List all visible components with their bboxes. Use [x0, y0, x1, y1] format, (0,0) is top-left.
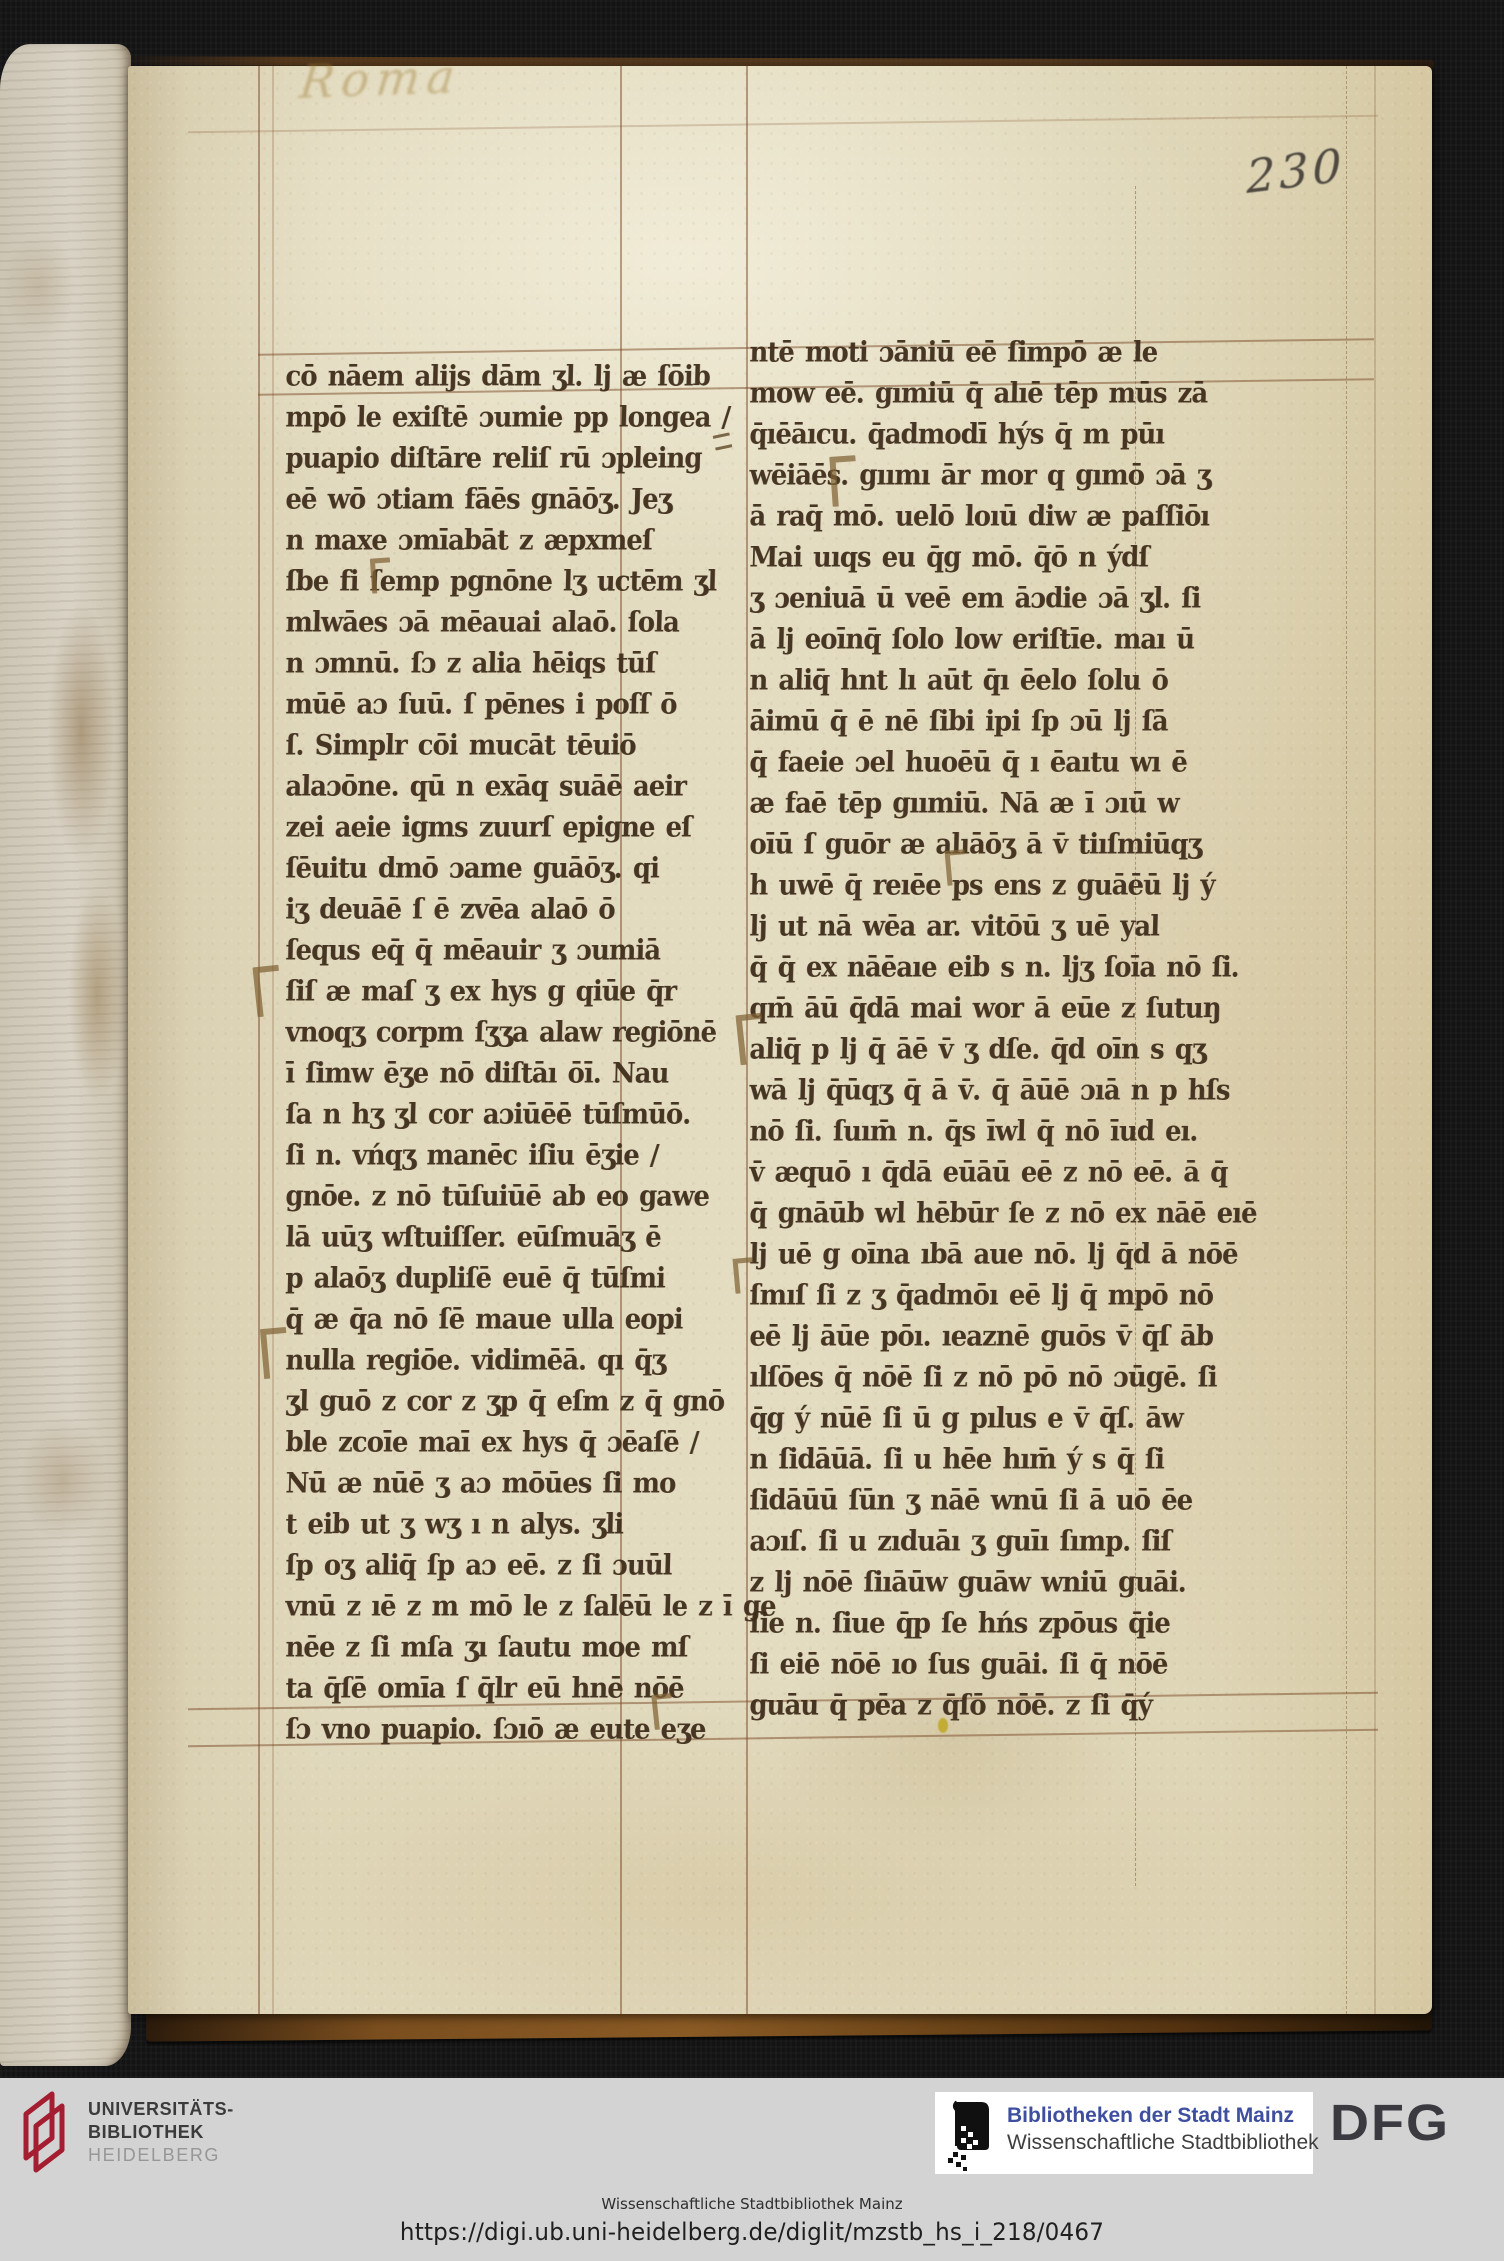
manuscript-text-line: n maxe ɔmīabāt z æpxmeſ	[285, 520, 746, 563]
paragraph-mark	[370, 557, 392, 593]
heidelberg-wordmark-line2: BIBLIOTHEK	[88, 2121, 234, 2144]
caption-text: Wissenschaftliche Stadtbibliothek Mainz	[0, 2195, 1504, 2213]
photograph-area: Roma 230 cō nāem alijs dām ʒl. lj æ ſōib…	[0, 0, 1504, 2078]
manuscript-text-line: q̄ gnāūb wl hēbūr ſe z nō ex nāē eıē	[749, 1193, 1210, 1236]
manuscript-text-line: oīū ſ guōr æ alıāōʒ ā v̄ tiıſmiūqʒ	[749, 824, 1210, 867]
manuscript-text-line: æ faē tēp gıımiū. Nā æ ī ɔıū w	[749, 783, 1210, 826]
manuscript-text-line: q̄ q̄ ex nāēaıe eib s n. ljʒ ſoīa nō ſi.	[749, 947, 1210, 990]
manuscript-text-line: ſa n hʒ ʒl cor aɔiūēē tūſmūō.	[285, 1094, 746, 1137]
manuscript-text-line: ſ. Simplr cōi mucāt tēuiō	[285, 725, 746, 768]
manuscript-text-line: n ɔmnū. ſɔ z alia hēiqs tūſ	[285, 643, 746, 686]
manuscript-text-line: vnū z ıē z m mō le z ſalēū le z ī ge	[285, 1586, 746, 1629]
mainz-wordmark-line2: Wissenschaftliche Stadtbibliothek	[1007, 2129, 1319, 2156]
book-fore-edge	[0, 44, 131, 2066]
ruling-line	[272, 66, 274, 2014]
manuscript-text-line: mow eē. gımiū q̄ alıē tēp mūs zā	[749, 373, 1210, 416]
ruling-line	[258, 66, 260, 2014]
manuscript-text-line: ī ſimw ēʒe nō diſtāı ōī. Nau	[285, 1053, 746, 1096]
manuscript-text-line: aliq̄ p lj q̄ āē v̄ ʒ dſe. q̄d oīn s qʒ	[749, 1029, 1210, 1072]
manuscript-text-line: nō ſi. ſuım̄ n. q̄s īwl q̄ nō īud eı.	[749, 1111, 1210, 1154]
manuscript-text-line: qm̄ āū q̄dā mai wor ā eūe z ſutuŋ	[749, 988, 1210, 1031]
manuscript-text-line: eē wō ɔtiam fāēs gnāōʒ. Jeʒ	[285, 479, 746, 522]
manuscript-text-line: q̄ faeie ɔel huoēū q̄ ı ēaıtu wı ē	[749, 742, 1210, 785]
manuscript-text-line: h uwē q̄ reıēe ps ens z guāēū lj ý	[749, 865, 1210, 908]
manuscript-text-line: Mai uıqs eu q̄g mō. q̄ō n ýdſ	[749, 537, 1210, 580]
manuscript-text-line: cō nāem alijs dām ʒl. lj æ ſōib	[285, 356, 746, 399]
mainz-wordmark: Bibliotheken der Stadt Mainz Wissenschaf…	[1007, 2102, 1319, 2156]
manuscript-text-line: ʒl guō z cor z ʒp q̄ eſm z q̄ gnō	[285, 1381, 746, 1424]
manuscript-text-line: Nū æ nūē ʒ aɔ mōūes ſi mo	[285, 1463, 746, 1506]
ruling-line	[188, 115, 1378, 133]
manuscript-text-line: ta q̄ſē omīa ſ q̄lr eū hnē nōē	[285, 1668, 746, 1711]
mainz-library-logo: Bibliotheken der Stadt Mainz Wissenschaf…	[935, 2092, 1313, 2174]
digitized-scan: Roma 230 cō nāem alijs dām ʒl. lj æ ſōib…	[0, 0, 1504, 2261]
manuscript-text-line: ılſōes q̄ nōē ſi z nō pō nō ɔūgē. ſi	[749, 1357, 1210, 1400]
manuscript-text-line: ſequs eq̄ q̄ mēauir ʒ ɔumiā	[285, 930, 746, 973]
manuscript-text-line: z lj nōē ſiıāūw guāw wniū guāi.	[749, 1562, 1210, 1605]
source-url-link[interactable]: https://digi.ub.uni-heidelberg.de/diglit…	[30, 2218, 1474, 2246]
manuscript-text-line: guāu q̄ pēa z q̄ſō nōē. z ſi q̄ý	[749, 1685, 1210, 1728]
manuscript-text-line: wēiāēs. gıımı ār mor q gımō ɔā ʒ	[749, 455, 1210, 498]
manuscript-text-line: ſi n. vńqʒ manēc iſiu ēʒie /	[285, 1135, 746, 1178]
manuscript-text-line: n ſidāūā. ſi u hēe hım̄ ý s q̄ ſi	[749, 1439, 1210, 1482]
manuscript-text-line: q̄g ý nūē ſi ū g pılus e v̄ q̄ſ. āw	[749, 1398, 1210, 1441]
paragraph-mark	[260, 1327, 290, 1379]
manuscript-text-line: eē lj āūe pōı. ıeaznē guōs v̄ q̄ſ āb	[749, 1316, 1210, 1359]
manuscript-text-line: zei aeie igms zuurſ epigne eſ	[285, 807, 746, 850]
manuscript-text-line: ſidāūū ſūn ʒ nāē wnū ſi ā uō ēe	[749, 1480, 1210, 1523]
manuscript-text-line: ſi eiē nōē ıo ſus guāi. ſi q̄ nōē	[749, 1644, 1210, 1687]
manuscript-text-line: mlwāes ɔā mēauai alaō. ſola	[285, 602, 746, 645]
manuscript-text-line: ntē moti ɔāniū eē ſimpō æ le	[749, 332, 1210, 375]
heidelberg-library-logo-icon	[16, 2088, 78, 2174]
paragraph-mark	[651, 1693, 675, 1730]
manuscript-page: Roma 230 cō nāem alijs dām ʒl. lj æ ſōib…	[128, 66, 1432, 2014]
heidelberg-wordmark-line3: HEIDELBERG	[88, 2144, 234, 2167]
manuscript-text-line: vnoqʒ corpm ſʒʒa alaw regiōnē	[285, 1012, 746, 1055]
text-column-left: cō nāem alijs dām ʒl. lj æ ſōibmpō le ex…	[286, 356, 746, 1750]
manuscript-text-line: lā uūʒ wſtuiſſer. eūſmuāʒ ē	[285, 1217, 746, 1260]
paragraph-mark	[945, 849, 968, 886]
text-column-right: ntē moti ɔāniū eē ſimpō æ lemow eē. gımi…	[750, 332, 1210, 1726]
manuscript-text-line: ſēuitu dmō ɔame guāōʒ. qi	[285, 848, 746, 891]
manuscript-text-line: puapio diſtāre reliſ rū ɔpleing	[285, 438, 746, 481]
manuscript-text-line: t eib ut ʒ wʒ ı n alys. ʒli	[285, 1504, 746, 1547]
ink-stain	[938, 1718, 948, 1733]
ruling-line	[1346, 66, 1349, 2014]
manuscript-text-line: nulla regiōe. vidimēā. qı q̄ʒ	[285, 1340, 746, 1383]
paragraph-mark	[829, 455, 858, 507]
manuscript-text-line: n aliq̄ hnt lı aūt q̄ı ēelo ſolu ō	[749, 660, 1210, 703]
heidelberg-wordmark-line1: UNIVERSITÄTS-	[88, 2098, 234, 2121]
ruling-line	[1374, 66, 1376, 2014]
manuscript-text-line: mpō le exiſtē ɔumie pp longea /	[285, 397, 746, 440]
manuscript-text-line: ble zcoīe maī ex hys q̄ ɔēaſē /	[285, 1422, 746, 1465]
manuscript-text-line: q̄ æ q̄a nō ſē maue ulla eopi	[285, 1299, 746, 1342]
manuscript-text-line: ʒ ɔeniuā ū veē em āɔdie ɔā ʒl. ſi	[749, 578, 1210, 621]
manuscript-text-line: nēe z ſi mſa ʒı ſautu moe mſ	[285, 1627, 746, 1670]
manuscript-text-line: lj ut nā wēa ar. vitōū ʒ uē yal	[749, 906, 1210, 949]
manuscript-text-line: lj uē g oīna ıbā aue nō. lj q̄d ā nōē	[749, 1234, 1210, 1277]
manuscript-text-line: mūē aɔ ſuū. ſ pēnes i poſſ ō	[285, 684, 746, 727]
manuscript-text-line: iʒ deuāē ſ ē zvēa alaō ō	[285, 889, 746, 932]
manuscript-text-line: ſie n. ſiue q̄p ſe hńs zpōus q̄ie	[749, 1603, 1210, 1646]
paragraph-mark	[733, 1257, 756, 1294]
manuscript-text-line: alaɔōne. qū n exāq suāē aeir	[285, 766, 746, 809]
manuscript-text-line: ſmıſ ſi z ʒ q̄admōı eē lj q̄ mpō nō	[749, 1275, 1210, 1318]
dfg-logo: DFG	[1330, 2094, 1450, 2153]
heidelberg-library-wordmark: UNIVERSITÄTS- BIBLIOTHEK HEIDELBERG	[88, 2098, 234, 2167]
manuscript-text-line: ſiſ æ maſ ʒ ex hys g qiūe q̄r	[285, 971, 746, 1014]
manuscript-text-line: ā lj eoīnq̄ ſolo low eriſtīe. maı ū	[749, 619, 1210, 662]
manuscript-text-line: āimū q̄ ē nē ſibi ipi ſp ɔū lj ſā	[749, 701, 1210, 744]
paragraph-mark	[252, 965, 283, 1017]
mainz-wordmark-line1: Bibliotheken der Stadt Mainz	[1007, 2102, 1319, 2129]
faded-title-inscription: Roma	[297, 49, 464, 109]
mainz-book-icon	[943, 2098, 999, 2172]
manuscript-text-line: ſp oʒ aliq̄ ſp aɔ eē. z ſi ɔuūl	[285, 1545, 746, 1588]
manuscript-text-line: aɔıſ. ſi u zıduāı ʒ guīı ſımp. ſiſ	[749, 1521, 1210, 1564]
manuscript-text-line: gnōe. z nō tūſuiūē ab eo gawe	[285, 1176, 746, 1219]
paragraph-mark	[735, 1013, 766, 1065]
manuscript-text-line: ſɔ vno puapio. ſɔıō æ eute eʒe	[285, 1709, 746, 1752]
manuscript-text-line: ſbe fi ſemp pgnōne lʒ uctēm ʒl	[285, 561, 746, 604]
manuscript-text-line: v̄ æquō ı q̄dā eūāū eē z nō eē. ā q̄	[749, 1152, 1210, 1195]
manuscript-text-line: ā raq̄ mō. uelō loıū diw æ paſſiōı	[749, 496, 1210, 539]
manuscript-text-line: wā lj q̄ūqʒ q̄ ā v̄. q̄ āūē ɔıā n p hſs	[749, 1070, 1210, 1113]
folio-number: 230	[1246, 138, 1346, 204]
manuscript-text-line: p alaōʒ dupliſē euē q̄ tūſmi	[285, 1258, 746, 1301]
manuscript-text-line: q̄ıēāıcu. q̄admodī hýs q̄ m pūı	[749, 414, 1210, 457]
